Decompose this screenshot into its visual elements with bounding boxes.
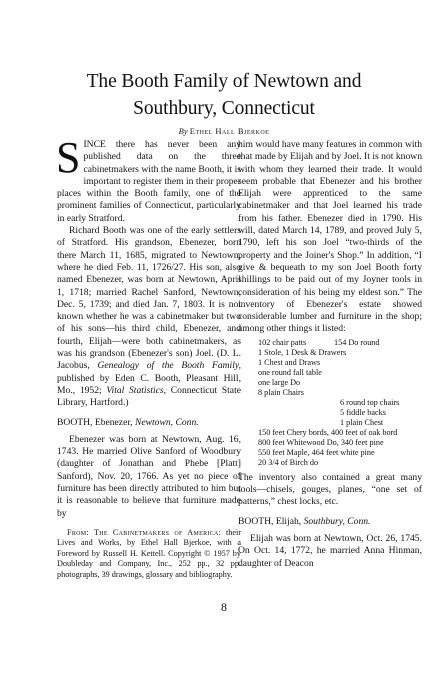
byline-prefix: By <box>179 126 188 136</box>
inventory-item: 800 feet Whitewood Do, 340 feet pine <box>258 438 422 448</box>
item-text: 1 Stole, 1 Desk & Drawers <box>258 348 346 358</box>
entry-heading-elijah: BOOTH, Elijah, Southbury, Conn. <box>238 516 422 528</box>
page-number: 8 <box>0 600 448 615</box>
entry-name: BOOTH, Ebenezer, <box>57 417 133 428</box>
inventory-item: 550 feet Maple, 464 feet white pine <box>258 448 422 458</box>
inventory-item: 1 Chest and Draws <box>258 358 422 368</box>
left-column: SINCE there has never been any published… <box>57 139 241 580</box>
inventory-item: 6 round top chairs <box>258 398 422 408</box>
entry-heading-ebenezer: BOOTH, Ebenezer, Newtown, Conn. <box>57 417 241 429</box>
inventory-item: 1 plain Chest <box>258 418 422 428</box>
inventory-item: 150 feet Chery bords, 400 feet of oak bo… <box>258 428 422 438</box>
elijah-paragraph: Elijah was born at Newtown, Oct. 26, 174… <box>238 533 422 570</box>
entry-name: BOOTH, Elijah, <box>238 516 301 527</box>
citation-title: Vital Statistics, <box>106 385 166 396</box>
inventory-item: 5 fiddle backs <box>258 408 422 418</box>
para-text: Richard Booth was one of the early settl… <box>57 225 241 371</box>
item-text: 102 chair patts <box>258 338 334 348</box>
drop-cap: S <box>56 140 80 176</box>
inventory-item: 1 Stole, 1 Desk & Drawers <box>258 348 422 358</box>
intro-text: INCE there has never been any published … <box>57 139 241 224</box>
right-column: him would have many features in common w… <box>238 139 422 570</box>
item-text: 8 plain Chairs <box>258 388 304 398</box>
intro-paragraph: SINCE there has never been any published… <box>57 139 241 225</box>
richard-booth-paragraph: Richard Booth was one of the early settl… <box>57 225 241 409</box>
citation-title: Genealogy of the Booth Family, <box>97 360 241 371</box>
inventory-item: 102 chair patts154 Do round <box>258 338 422 348</box>
source-footnote: From: The Cabinetmakers of America: thei… <box>57 528 241 581</box>
title-line-1: The Booth Family of Newtown and <box>0 68 448 95</box>
author-name: Ethel Hall Bjerkoe <box>190 126 270 136</box>
inventory-item: one round fall table <box>258 368 422 378</box>
inventory-list: 102 chair patts154 Do round 1 Stole, 1 D… <box>258 338 422 468</box>
ebenezer-paragraph: Ebenezer was born at Newtown, Aug. 16, 1… <box>57 434 241 520</box>
item-text: 1 Chest and Draws <box>258 358 320 368</box>
entry-place: Newtown, Conn. <box>135 417 199 428</box>
entry-place: Southbury, Conn. <box>304 516 371 527</box>
tools-paragraph: The inventory also contained a great man… <box>238 472 422 509</box>
article-title: The Booth Family of Newtown and Southbur… <box>0 68 448 122</box>
inventory-item: 20 3/4 of Birch do <box>258 458 422 468</box>
item-text: one large Do <box>258 378 300 388</box>
item-text: one round fall table <box>258 368 322 378</box>
continuation-paragraph: him would have many features in common w… <box>238 139 422 336</box>
inventory-item: one large Do <box>258 378 422 388</box>
inventory-item: 8 plain Chairs <box>258 388 422 398</box>
footnote-label: From: The Cabinetmakers of America: <box>67 528 221 537</box>
item-text: 154 Do round <box>334 338 379 348</box>
title-line-2: Southbury, Connecticut <box>0 95 448 122</box>
